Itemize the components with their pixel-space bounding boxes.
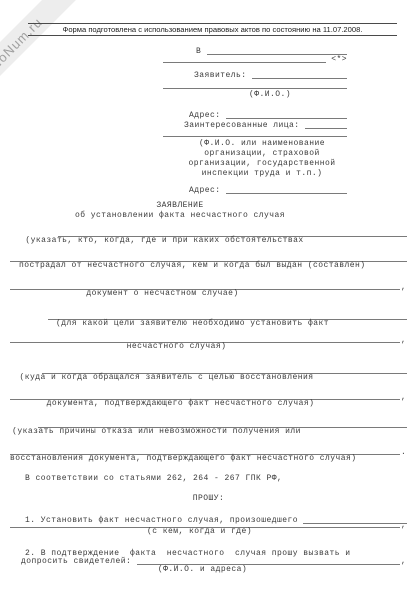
interested-blank-2 bbox=[163, 136, 347, 137]
request-heading: ПРОШУ: bbox=[10, 495, 407, 503]
blank-line-7-punct: , bbox=[400, 396, 407, 400]
interested-blank bbox=[305, 128, 347, 129]
prepared-notice-text: Форма подготовлена с использованием прав… bbox=[63, 25, 363, 34]
caption-7: документа, подтверждающего факт несчастн… bbox=[0, 400, 379, 408]
interested-caption-line3: организации, государственной bbox=[170, 160, 354, 168]
blank-line-9-punct: . bbox=[400, 451, 407, 455]
interested-persons-field: Заинтересованные лица: bbox=[163, 122, 347, 130]
caption-item-1: (с кем, когда и где) bbox=[1, 528, 398, 536]
blank-line-5-punct: , bbox=[400, 339, 407, 343]
address-label: Адрес: bbox=[189, 112, 221, 120]
statute-reference: В соответствии со статьями 262, 264 - 26… bbox=[10, 475, 407, 483]
request-item-2-label: допросить свидетелей: bbox=[21, 558, 137, 566]
interested-label: Заинтересованные лица: bbox=[184, 122, 300, 130]
document-title-block: ЗАЯВЛЕНИЕ об установлении факта несчастн… bbox=[0, 201, 360, 221]
caption-6: (куда и когда обращался заявитель с цель… bbox=[0, 374, 365, 382]
caption-9: восстановления документа, подтверждающег… bbox=[10, 455, 407, 463]
address2-blank bbox=[226, 193, 347, 194]
interested-caption-line4: инспекции труда и т.п.) bbox=[170, 170, 354, 178]
court-field-line2: <*> bbox=[163, 56, 347, 64]
interested-extra-line bbox=[163, 130, 347, 138]
caption-item-2: (Ф.И.О. и адреса) bbox=[4, 566, 401, 574]
applicant-field: Заявитель: bbox=[163, 72, 347, 80]
caption-2: пострадал от несчастного случая, кем и к… bbox=[10, 262, 407, 270]
caption-5: несчастного случая) bbox=[0, 343, 375, 351]
applicant-address-field: Адрес: bbox=[163, 112, 347, 120]
caption-3: документ о несчастном случае) bbox=[0, 290, 361, 298]
request-item-1-text: 1. Установить факт несчастного случая, п… bbox=[25, 517, 303, 525]
interested-caption-line1: (Ф.И.О. или наименование bbox=[170, 140, 354, 148]
document-subtitle: об установлении факта несчастного случая bbox=[0, 211, 360, 221]
request-item-1: 1. Установить факт несчастного случая, п… bbox=[10, 517, 407, 525]
caption-4: (для какой цели заявителю необходимо уст… bbox=[0, 320, 391, 328]
request-item-1-inline-blank bbox=[303, 523, 407, 524]
caption-8: (указать причины отказа или невозможност… bbox=[0, 428, 355, 436]
interested-address-field: Адрес: bbox=[163, 187, 347, 195]
court-name-blank-2 bbox=[163, 62, 326, 63]
interested-caption-line2: организации, страховой bbox=[170, 150, 354, 158]
document-title: ЗАЯВЛЕНИЕ bbox=[0, 201, 360, 211]
footnote-marker: <*> bbox=[331, 56, 347, 64]
applicant-label: Заявитель: bbox=[194, 72, 247, 80]
request-item-2-punct: , bbox=[400, 558, 407, 566]
document-page: NoNum.ru Форма подготовлена с использова… bbox=[0, 0, 420, 600]
applicant-blank-2 bbox=[163, 88, 347, 89]
document-body: (указать, кто, когда, где и при каких об… bbox=[10, 232, 407, 574]
prepared-notice: Форма подготовлена с использованием прав… bbox=[28, 23, 397, 36]
watermark-band: NoNum.ru bbox=[0, 0, 131, 101]
caption-1: (указать, кто, когда, где и при каких об… bbox=[0, 237, 363, 245]
addressee-block: В <*> Заявитель: (Ф.И.О.) Адрес: Заинтер… bbox=[163, 46, 347, 195]
applicant-fio-caption: (Ф.И.О.) bbox=[178, 91, 362, 99]
address-blank bbox=[226, 118, 347, 119]
court-field: В bbox=[163, 48, 347, 56]
blank-line-3-punct: , bbox=[400, 286, 407, 290]
applicant-blank bbox=[252, 78, 347, 79]
applicant-extra-line bbox=[163, 82, 347, 90]
blank-line-10-punct: , bbox=[400, 524, 407, 528]
site-watermark: NoNum.ru bbox=[0, 0, 131, 101]
address2-label: Адрес: bbox=[189, 187, 221, 195]
